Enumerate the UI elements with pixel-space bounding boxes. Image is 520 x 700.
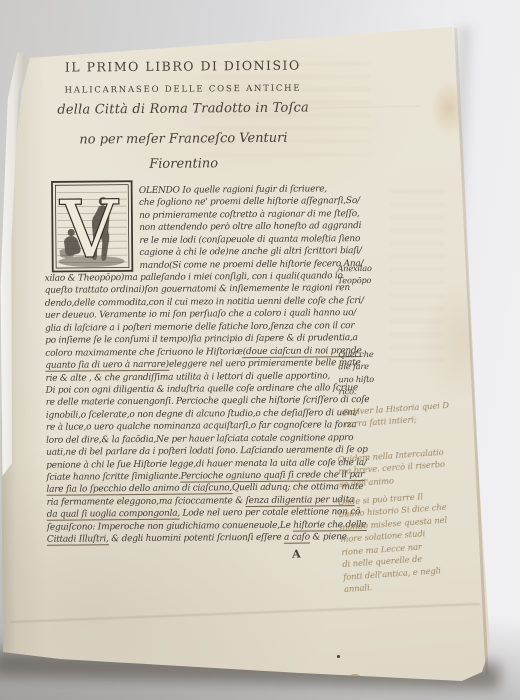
drop-cap-letter: V [60, 185, 120, 273]
printed-margin-note-historian: Quel chedie fareuno hiſtorico. [338, 348, 374, 398]
title-line-2: HALICARNASEO DELLE COSE ANTICHE [54, 83, 312, 95]
body-text-indented: OLENDO Io quelle ragioni fugir di ſcriue… [139, 183, 364, 272]
text-line: Anexilao [337, 262, 371, 275]
text-line: uno hiſto [338, 373, 374, 386]
signature-mark: A [292, 548, 301, 561]
handwritten-note-3: Onde si può trarre Ilbuono historio Si d… [338, 489, 453, 596]
body-text-full: xilao & Theopōpo)ma palleſando i miei co… [45, 270, 371, 546]
text-line: Teopōpo [338, 274, 372, 287]
text-line: Quel che [338, 348, 374, 361]
printed-margin-note-names: AnexilaoTeopōpo [337, 262, 371, 287]
title-line-3: della Città di Roma Tradotto in Toſca [54, 100, 312, 117]
printed-content: IL PRIMO LIBRO DI DIONISIO HALICARNASEO … [0, 0, 520, 700]
title-line-4: no per meſer Franceſco Venturi [73, 131, 293, 148]
title-line-5: Fiorentino [55, 155, 313, 172]
woodcut-initial-v: V [51, 180, 134, 273]
text-line: Cittadi Illuſtri, & degli huomini potent… [47, 531, 371, 546]
text-line: rico. [339, 385, 375, 398]
handwritten-note-2: Quidem nella Intercalatioma breve. cercò… [337, 447, 446, 492]
photo-background: IL PRIMO LIBRO DI DIONISIO HALICARNASEO … [0, 0, 520, 700]
title-line-1: IL PRIMO LIBRO DI DIONISIO [42, 57, 324, 74]
text-line: die fare [338, 360, 374, 373]
